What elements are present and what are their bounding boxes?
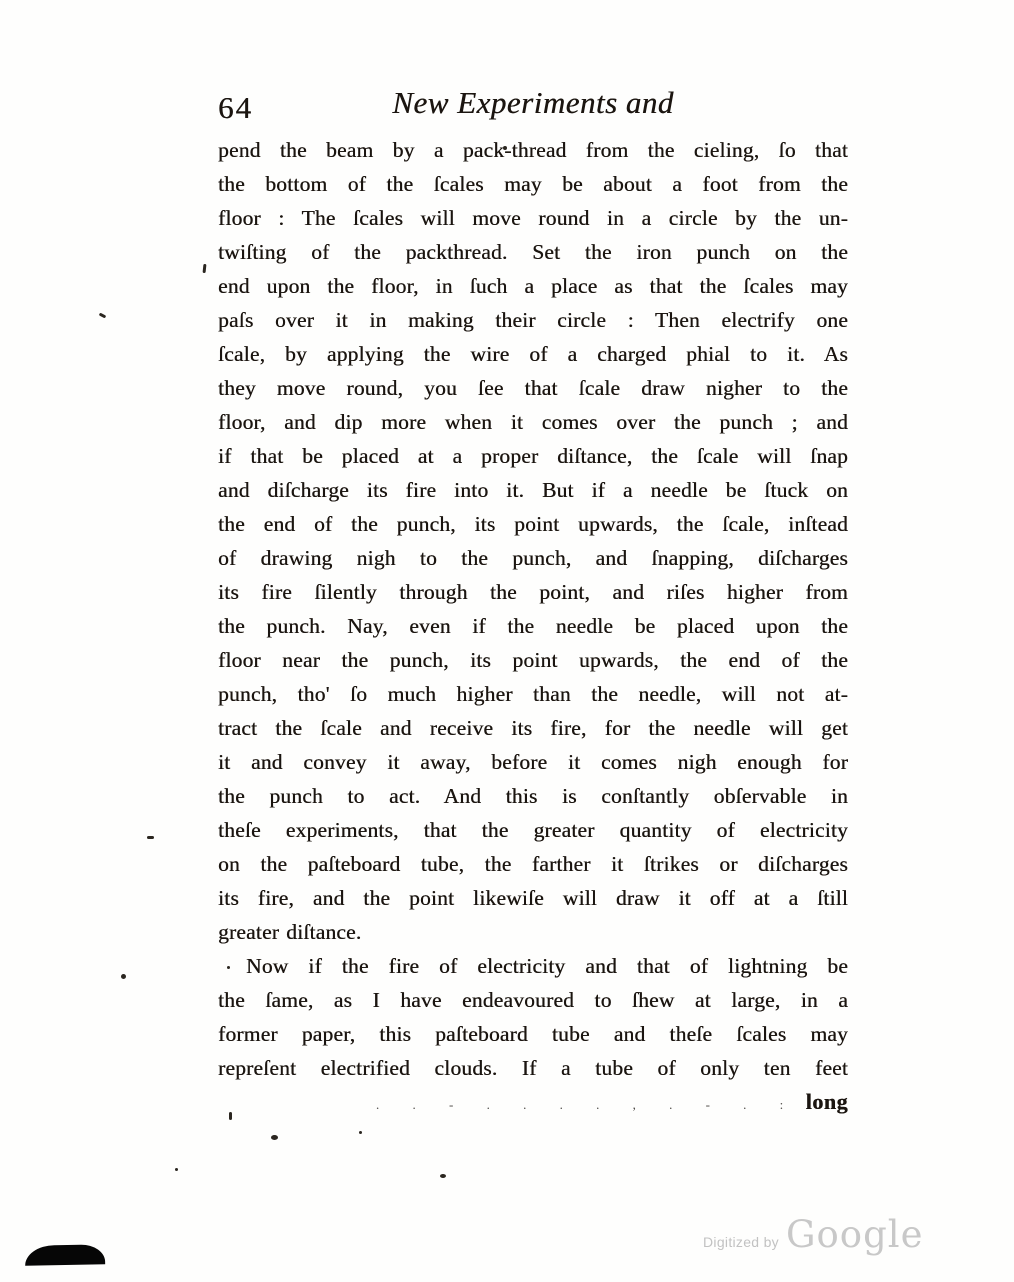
text-line: ſcale, by applying the wire of a charged… bbox=[218, 337, 848, 371]
text-line: end upon the floor, in ſuch a place as t… bbox=[218, 269, 848, 303]
watermark-prefix: Digitized by bbox=[703, 1234, 779, 1250]
text-line: the punch. Nay, even if the needle be pl… bbox=[218, 609, 848, 643]
text-line: and diſcharge its fire into it. But if a… bbox=[218, 473, 848, 507]
page-body: pend the beam by a pack-thread from the … bbox=[218, 133, 848, 1119]
text-line: its fire, and the point likewiſe will dr… bbox=[218, 881, 848, 915]
text-line: floor : The ſcales will move round in a … bbox=[218, 201, 848, 235]
scan-thumb-artifact bbox=[25, 1244, 105, 1265]
text-line: pend the beam by a pack-thread from the … bbox=[218, 133, 848, 167]
text-line: floor, and dip more when it comes over t… bbox=[218, 405, 848, 439]
text-line: former paper, this paſteboard tube and t… bbox=[218, 1017, 848, 1051]
scan-speck bbox=[99, 313, 107, 319]
text-line: Now if the fire of electricity and that … bbox=[218, 949, 848, 983]
scan-speck bbox=[203, 264, 207, 273]
digitized-watermark: Digitized by Google bbox=[703, 1213, 924, 1256]
text-line: on the paſteboard tube, the farther it ſ… bbox=[218, 847, 848, 881]
scan-speck bbox=[271, 1135, 278, 1140]
text-line: punch, tho' ſo much higher than the need… bbox=[218, 677, 848, 711]
text-line: if that be placed at a proper diſtance, … bbox=[218, 439, 848, 473]
text-line: paſs over it in making their circle : Th… bbox=[218, 303, 848, 337]
text-line: they move round, you ſee that ſcale draw… bbox=[218, 371, 848, 405]
text-line: it and convey it away, before it comes n… bbox=[218, 745, 848, 779]
scan-speck bbox=[359, 1131, 362, 1134]
text-line: theſe experiments, that the greater quan… bbox=[218, 813, 848, 847]
scan-speck bbox=[227, 966, 230, 969]
scan-speck bbox=[229, 1112, 232, 1120]
catchword-row: . . - . . . . , . - . : . . : : long bbox=[218, 1085, 848, 1119]
text-line: the punch to act. And this is conſtantly… bbox=[218, 779, 848, 813]
text-line: of drawing nigh to the punch, and ſnappi… bbox=[218, 541, 848, 575]
text-line: repreſent electrified clouds. If a tube … bbox=[218, 1051, 848, 1085]
text-line: the end of the punch, its point upwards,… bbox=[218, 507, 848, 541]
text-line: the ſame, as I have endeavoured to ſhew … bbox=[218, 983, 848, 1017]
scan-speck bbox=[503, 146, 507, 150]
scan-speck bbox=[121, 974, 126, 979]
book-page-scan: 64 New Experiments and pend the beam by … bbox=[0, 0, 1014, 1282]
text-line: twiſting of the packthread. Set the iron… bbox=[218, 235, 848, 269]
scan-speck bbox=[175, 1168, 178, 1171]
text-line: the bottom of the ſcales may be about a … bbox=[218, 167, 848, 201]
text-line: its fire ſilently through the point, and… bbox=[218, 575, 848, 609]
google-logo: Google bbox=[786, 1213, 924, 1256]
text-line: floor near the punch, its point upwards,… bbox=[218, 643, 848, 677]
text-line: greater diſtance. bbox=[218, 915, 848, 949]
scan-speck bbox=[147, 836, 154, 839]
text-line: tract the ſcale and receive its fire, fo… bbox=[218, 711, 848, 745]
running-title: New Experiments and bbox=[218, 86, 848, 120]
bleedthrough-dots: . . - . . . . , . - . : . . : : bbox=[376, 1088, 792, 1119]
catchword: long bbox=[806, 1085, 848, 1119]
scan-speck bbox=[440, 1174, 446, 1178]
